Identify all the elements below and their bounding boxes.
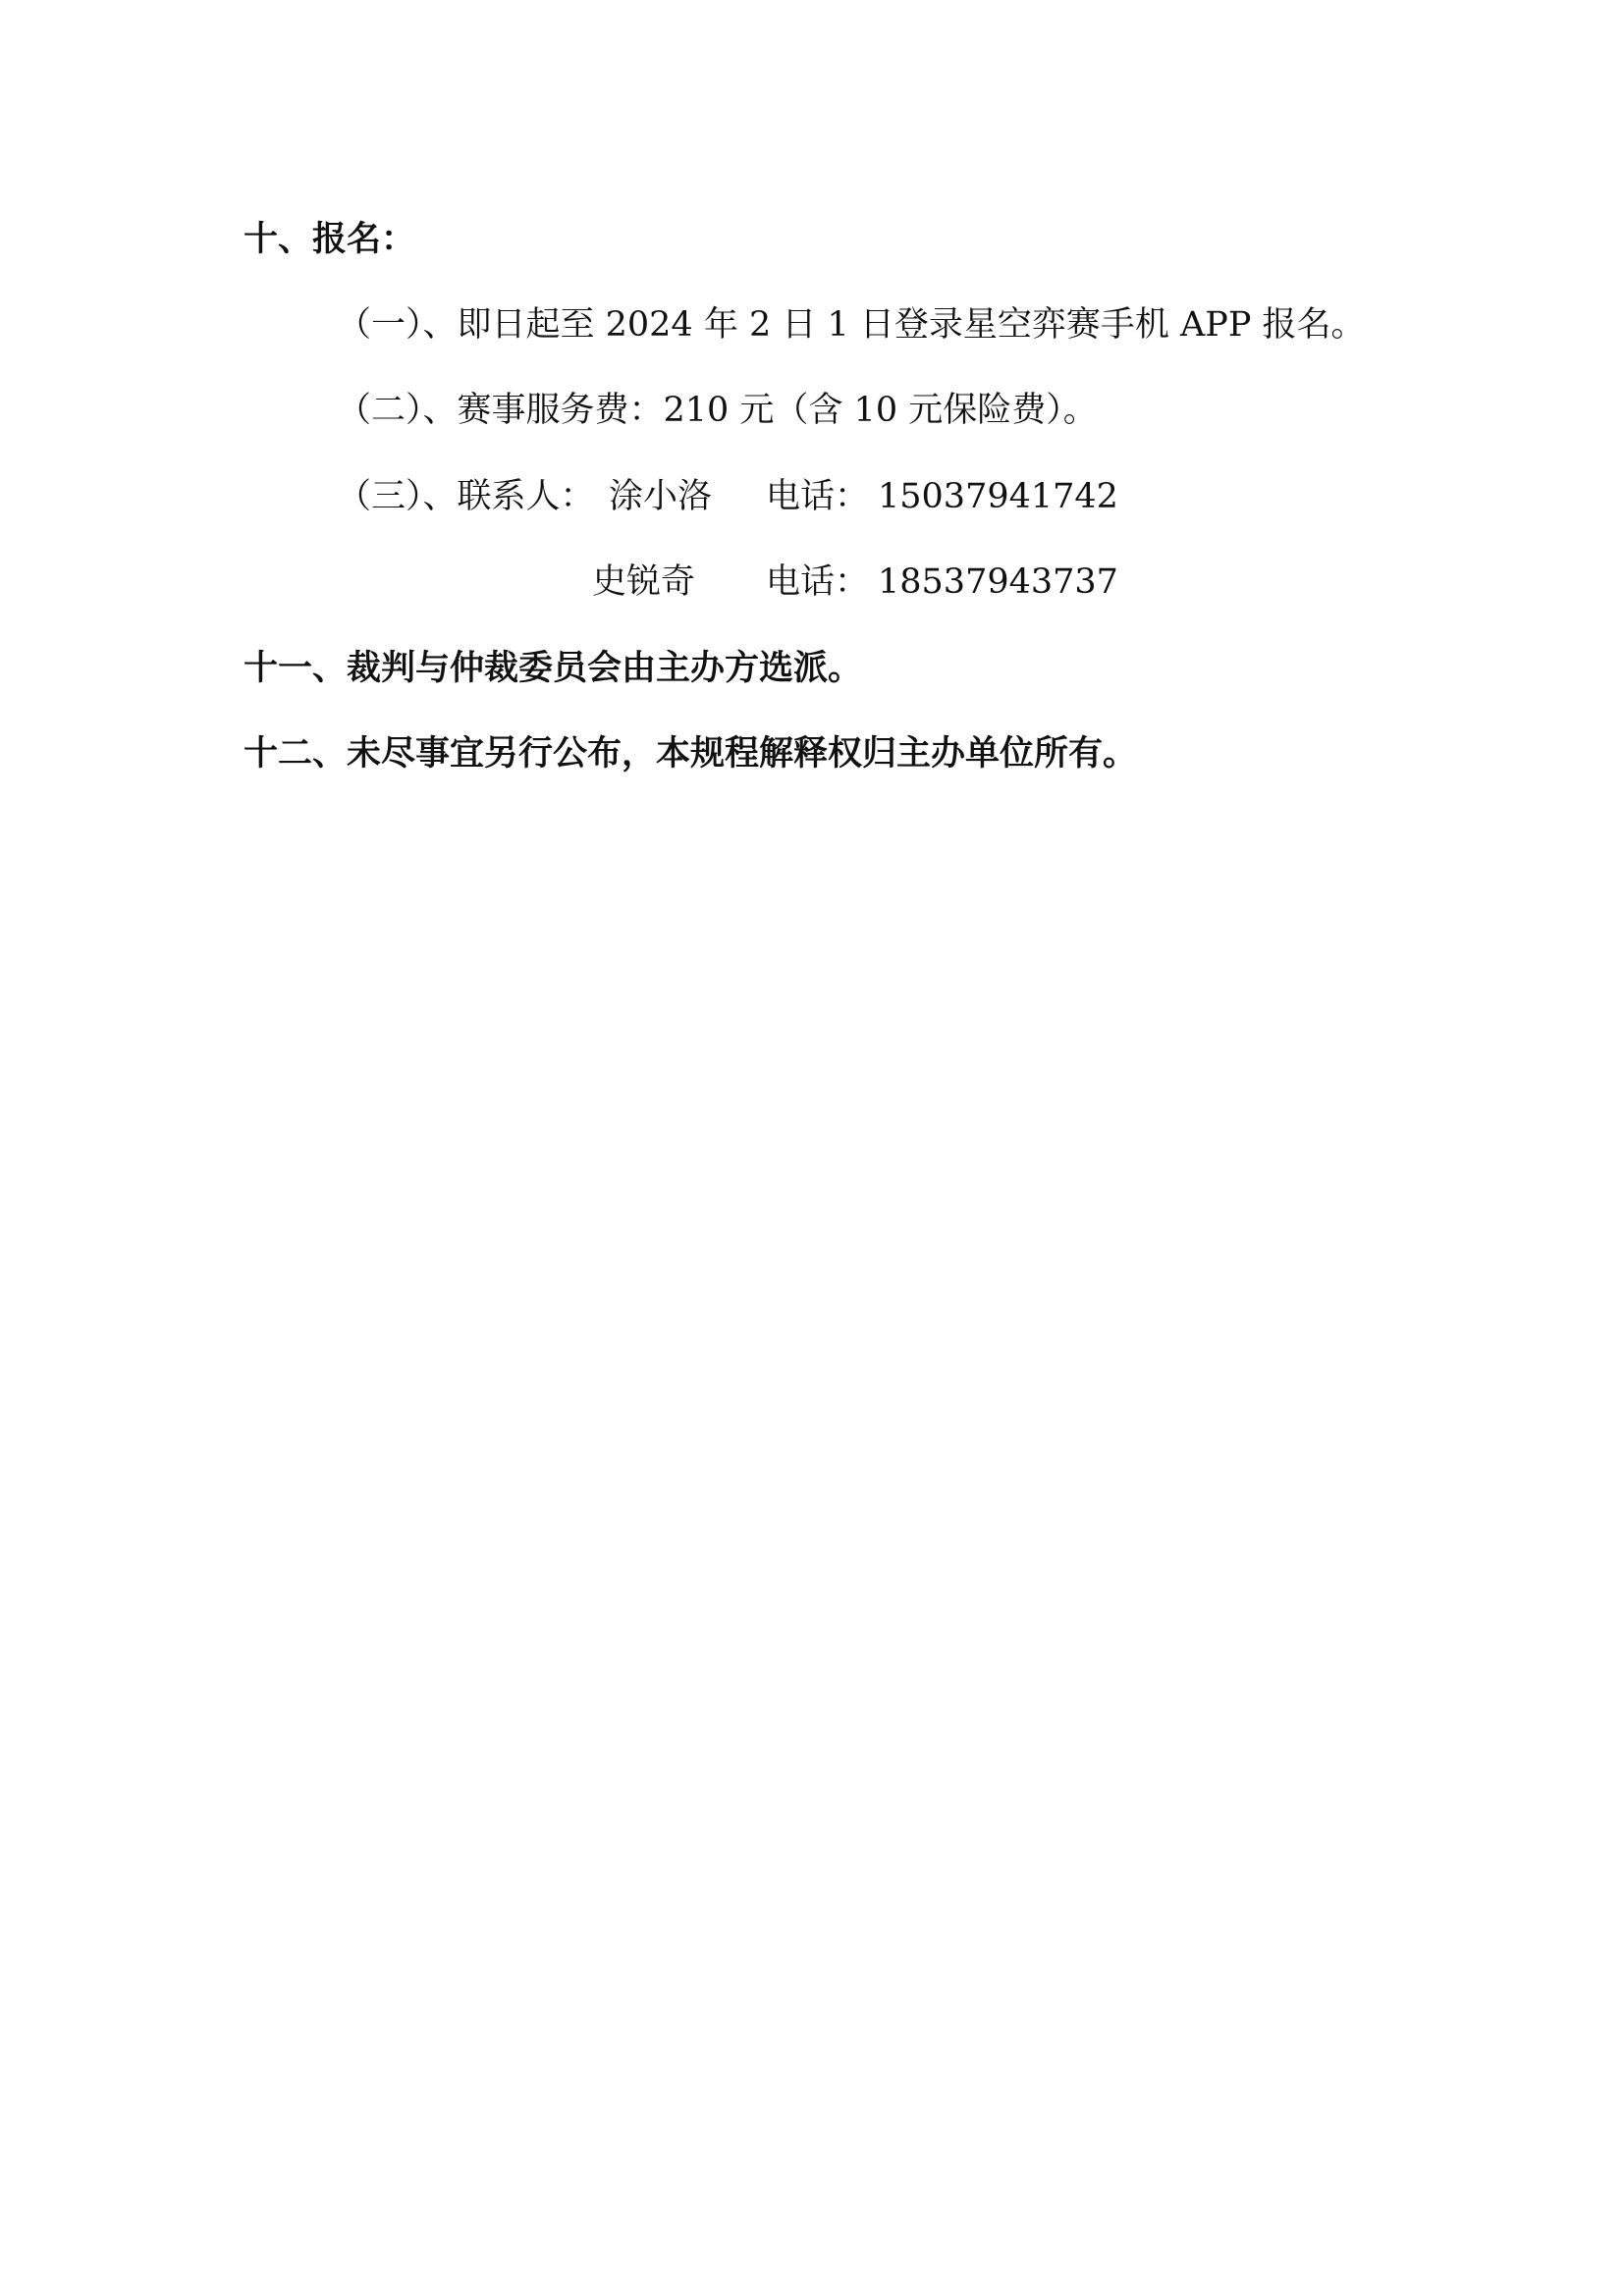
contact-row-2: 史锐奇 电话： 18537943737: [337, 562, 1515, 602]
section-12-text: 十二、未尽事宜另行公布，本规程解释权归主办单位所有。: [244, 734, 1137, 774]
contact-prefix: （三）、联系人：: [337, 477, 595, 516]
section-11-text: 十一、裁判与仲裁委员会由主办方选派。: [244, 649, 862, 688]
registration-period-item: （一）、即日起至 2024 年 2 日 1 日登录星空弈赛手机 APP 报名。: [337, 305, 1366, 345]
contact-name: 涂小洛: [609, 477, 712, 516]
section-10-heading: 十、报名：: [244, 220, 415, 259]
document-page: 十、报名： （一）、即日起至 2024 年 2 日 1 日登录星空弈赛手机 AP…: [0, 0, 1624, 2296]
phone-label: 电话：: [766, 562, 869, 602]
service-fee-item: （二）、赛事服务费：210 元（含 10 元保险费）。: [337, 391, 1098, 430]
phone-number: 15037941742: [878, 477, 1118, 516]
contact-row-1: （三）、联系人： 涂小洛 电话： 15037941742: [337, 477, 1515, 516]
contact-name: 史锐奇: [592, 562, 695, 602]
phone-label: 电话：: [766, 477, 869, 516]
phone-number: 18537943737: [878, 562, 1118, 602]
